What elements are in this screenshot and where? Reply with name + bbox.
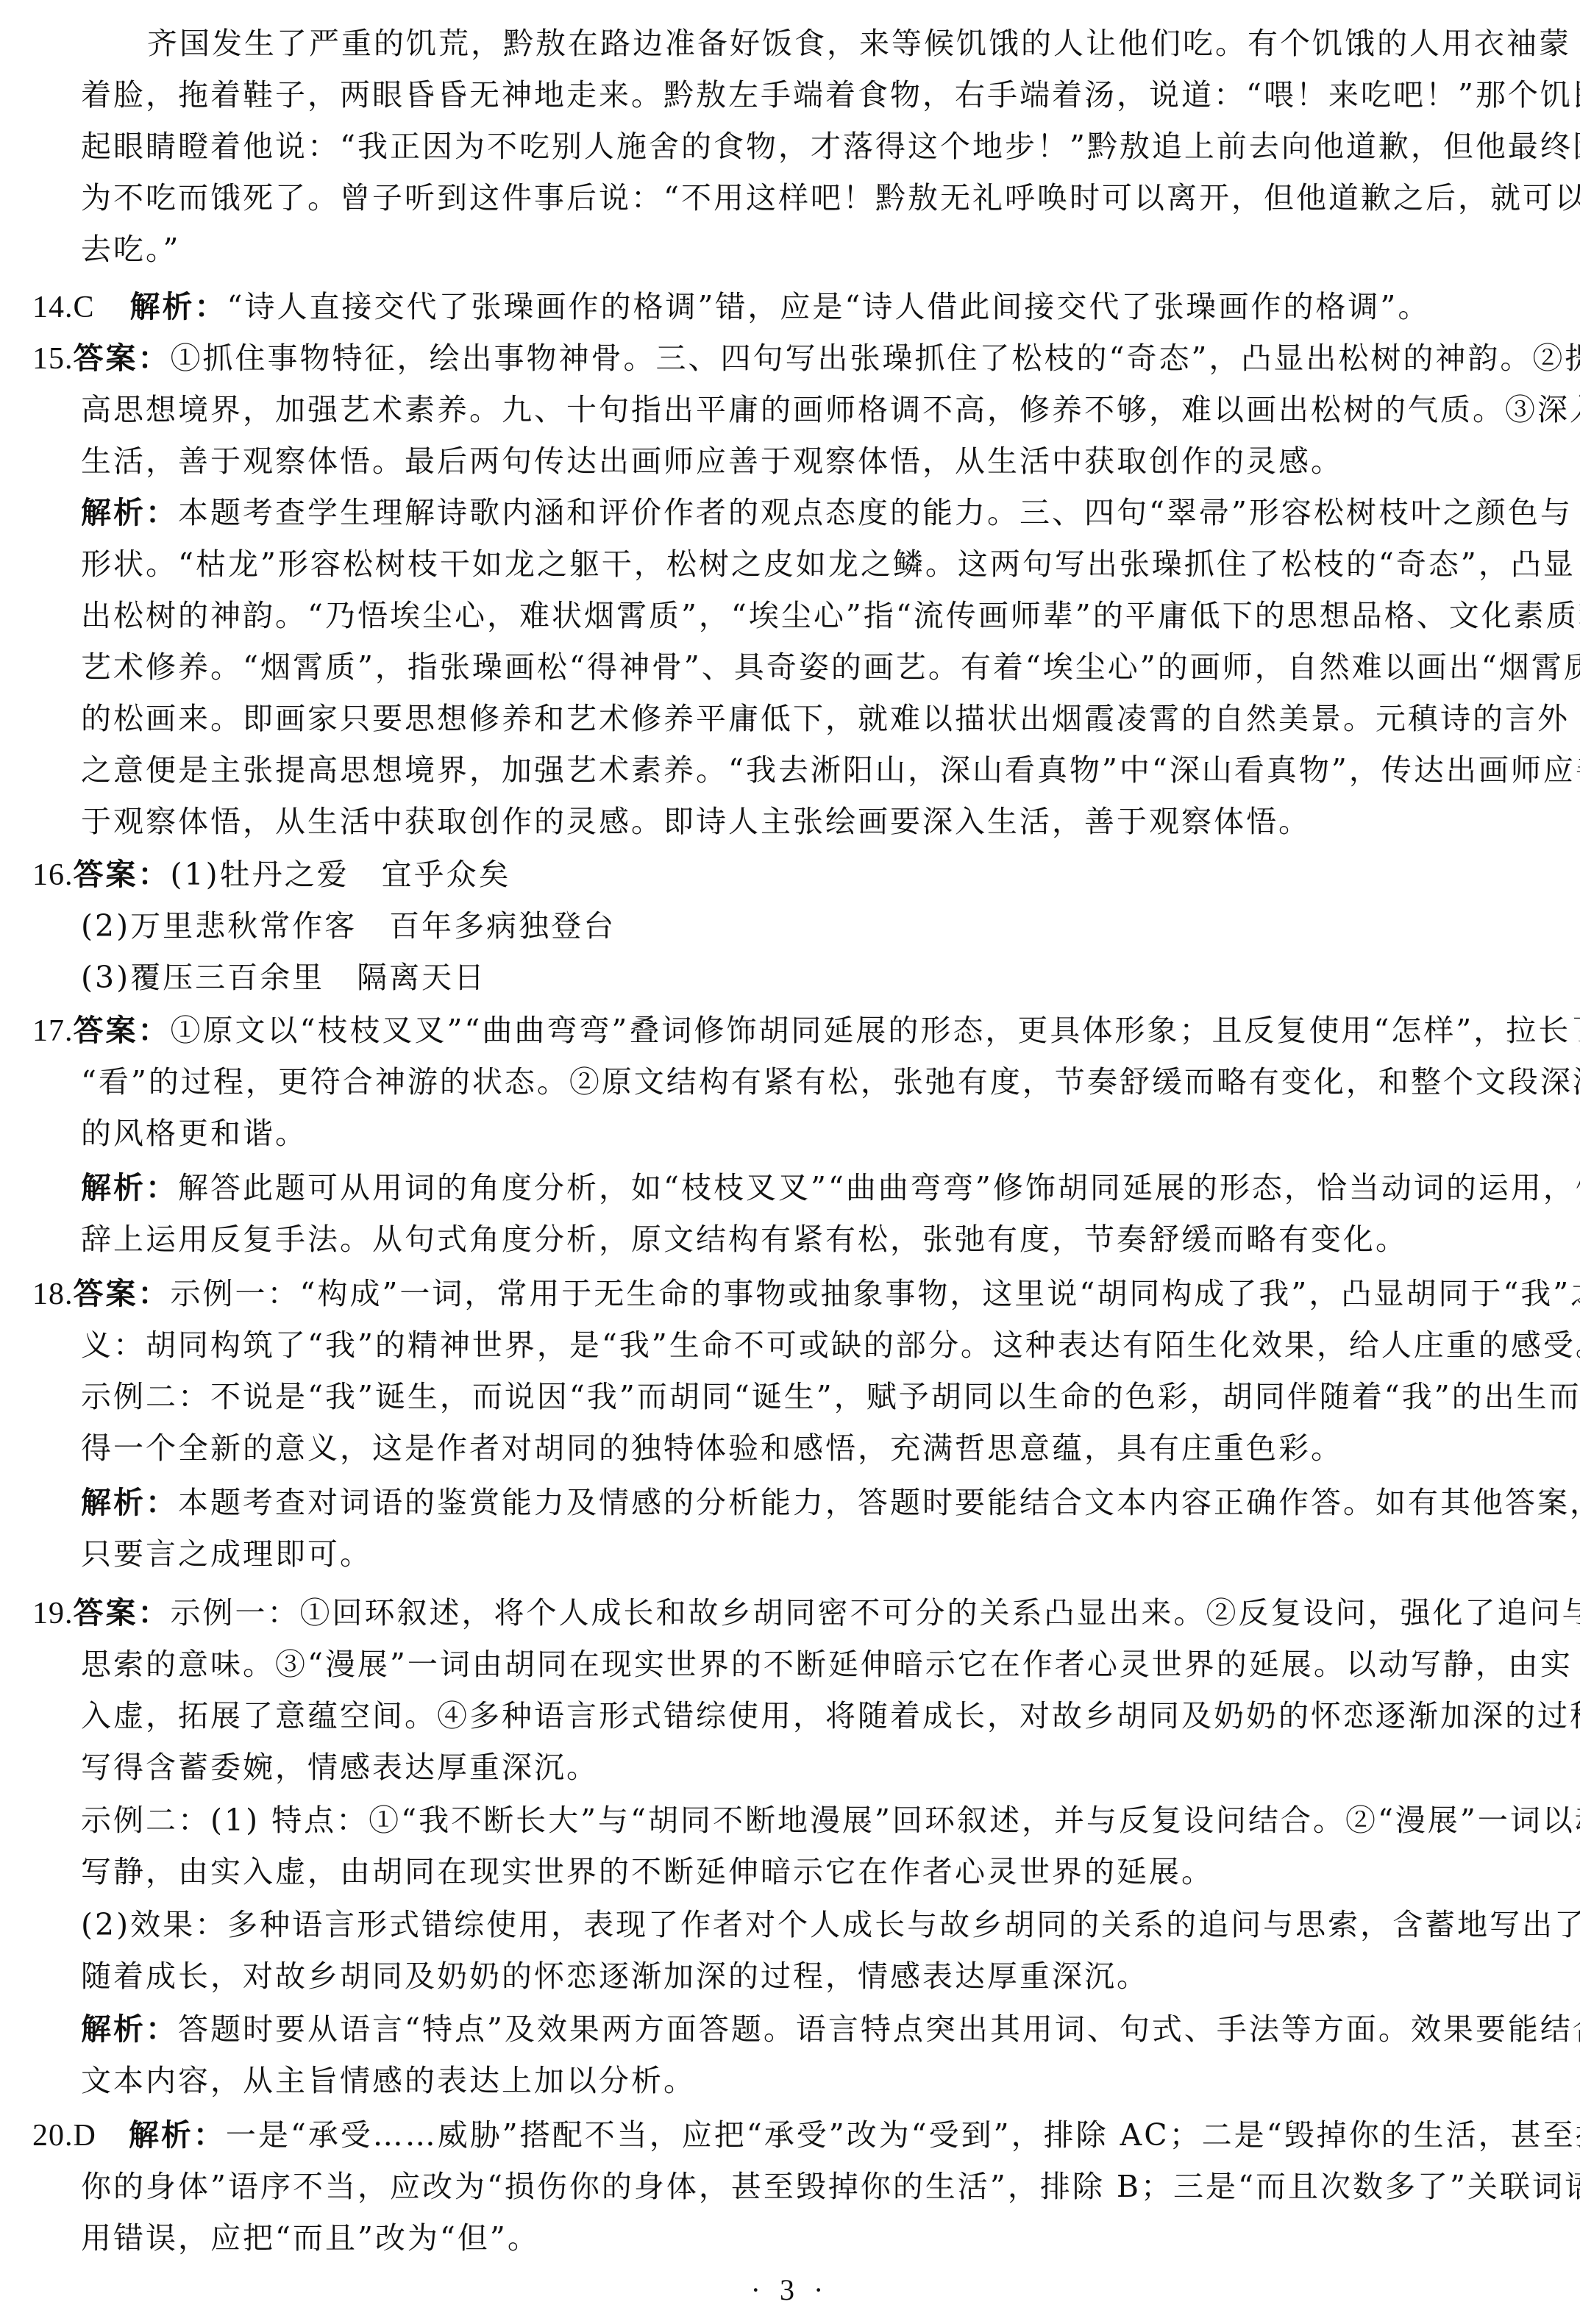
analysis-block: 解析：答题时要从语言“特点”及效果两方面答题。语言特点突出其用词、句式、手法等方…: [81, 2011, 1580, 2047]
answer-item: (2)万里悲秋常作客 百年多病独登台: [81, 908, 616, 944]
answer-text: 示例一：①回环叙述，将个人成长和故乡胡同密不可分的关系凸显出来。②反复设问，强化…: [171, 1595, 1580, 1630]
document-page: 齐国发生了严重的饥荒，黔敖在路边准备好饭食，来等候饥饿的人让他们吃。有个饥饿的人…: [0, 0, 1580, 2324]
analysis-block: 解析：解答此题可从用词的角度分析，如“枝枝叉叉”“曲曲弯弯”修饰胡同延展的形态，…: [81, 1169, 1580, 1206]
analysis-label: 解析：: [81, 2011, 178, 2047]
answer-item: (1)牡丹之爱 宜乎众矣: [171, 857, 511, 892]
analysis-text: 用错误，应把“而且”改为“但”。: [81, 2220, 540, 2256]
answer-text: 高思想境界，加强艺术素养。九、十句指出平庸的画师格调不高，修养不够，难以画出松树…: [81, 391, 1580, 428]
analysis-text: 答题时要从语言“特点”及效果两方面答题。语言特点突出其用词、句式、手法等方面。效…: [178, 2011, 1580, 2047]
translation-line: 为不吃而饿死了。曾子听到这件事后说：“不用这样吧！黔敖无礼呼唤时可以离开，但他道…: [81, 179, 1580, 216]
answer-text: 生活，善于观察体悟。最后两句传达出画师应善于观察体悟，从生活中获取创作的灵感。: [81, 443, 1343, 480]
analysis-label: 解析：: [130, 289, 227, 324]
analysis-text: 本题考查对词语的鉴赏能力及情感的分析能力，答题时要能结合文本内容正确作答。如有其…: [178, 1485, 1580, 1520]
question-number: 17.: [32, 1014, 74, 1048]
translation-line: 起眼睛瞪着他说：“我正因为不吃别人施舍的食物，才落得这个地步！”黔敖追上前去向他…: [81, 128, 1580, 165]
answer-text: 随着成长，对故乡胡同及奶奶的怀恋逐渐加深的过程，情感表达厚重深沉。: [81, 1958, 1149, 1995]
answer-label: 答案：: [74, 857, 171, 892]
question-number: 19.: [32, 1597, 74, 1630]
answer-label: 答案：: [74, 341, 171, 376]
answer-text: 示例二：(1) 特点：①“我不断长大”与“胡同不断地漫展”回环叙述，并与反复设问…: [81, 1802, 1580, 1839]
answer-text: ①抓住事物特征，绘出事物神骨。三、四句写出张璪抓住了松枝的“奇态”，凸显出松树的…: [171, 341, 1580, 376]
analysis-text: 一是“承受……威胁”搭配不当，应把“承受”改为“受到”，排除 AC；二是“毁掉你…: [226, 2117, 1580, 2153]
analysis-text: 你的身体”语序不当，应改为“损伤你的身体，甚至毁掉你的生活”，排除 B；三是“而…: [81, 2168, 1580, 2205]
analysis-text: 辞上运用反复手法。从句式角度分析，原文结构有紧有松，张弛有度，节奏舒缓而略有变化…: [81, 1221, 1408, 1258]
analysis-text: 之意便是主张提高思想境界，加强艺术素养。“我去淅阳山，深山看真物”中“深山看真物…: [81, 752, 1580, 788]
answer-text: 写得含蓄委婉，情感表达厚重深沉。: [81, 1749, 599, 1786]
translation-line: 去吃。”: [81, 231, 180, 268]
answer-label: 答案：: [74, 1595, 171, 1630]
question-14: 14.C解析：“诗人直接交代了张璪画作的格调”错，应是“诗人借此间接交代了张璪画…: [32, 288, 1430, 326]
question-number: 18.: [32, 1277, 74, 1311]
answer-text: 义：胡同构筑了“我”的精神世界，是“我”生命不可或缺的部分。这种表达有陌生化效果…: [81, 1327, 1580, 1364]
page-number: · 3 ·: [0, 2273, 1580, 2307]
question-16: 16.答案：(1)牡丹之爱 宜乎众矣: [32, 856, 511, 894]
analysis-text: 出松树的神韵。“乃悟埃尘心，难状烟霄质”，“埃尘心”指“流传画师辈”的平庸低下的…: [81, 597, 1580, 634]
answer-text: 的风格更和谐。: [81, 1115, 307, 1152]
answer-label: 答案：: [74, 1013, 171, 1048]
analysis-text: “诗人直接交代了张璪画作的格调”错，应是“诗人借此间接交代了张璪画作的格调”。: [227, 289, 1431, 324]
question-19: 19.答案：示例一：①回环叙述，将个人成长和故乡胡同密不可分的关系凸显出来。②反…: [32, 1594, 1580, 1632]
translation-line: 齐国发生了严重的饥荒，黔敖在路边准备好饭食，来等候饥饿的人让他们吃。有个饥饿的人…: [147, 25, 1571, 62]
analysis-text: 解答此题可从用词的角度分析，如“枝枝叉叉”“曲曲弯弯”修饰胡同延展的形态，恰当动…: [178, 1170, 1580, 1205]
answer-text: 得一个全新的意义，这是作者对胡同的独特体验和感悟，充满哲思意蕴，具有庄重色彩。: [81, 1430, 1343, 1466]
answer-item: (3)覆压三百余里 隔离天日: [81, 959, 486, 996]
answer-text: 思索的意味。③“漫展”一词由胡同在现实世界的不断延伸暗示它在作者心灵世界的延展。…: [81, 1646, 1573, 1683]
analysis-text: 本题考查学生理解诗歌内涵和评价作者的观点态度的能力。三、四句“翠帚”形容松树枝叶…: [178, 495, 1573, 530]
answer-text: 写静，由实入虚，由胡同在现实世界的不断延伸暗示它在作者心灵世界的延展。: [81, 1853, 1214, 1890]
question-number: 15.: [32, 342, 74, 376]
answer-text: “看”的过程，更符合神游的状态。②原文结构有紧有松，张弛有度，节奏舒缓而略有变化…: [81, 1063, 1580, 1100]
question-18: 18.答案：示例一：“构成”一词，常用于无生命的事物或抽象事物，这里说“胡同构成…: [32, 1275, 1580, 1313]
analysis-text: 的松画来。即画家只要思想修养和艺术修养平庸低下，就难以描状出烟霞凌霄的自然美景。…: [81, 700, 1570, 737]
analysis-block: 解析：本题考查对词语的鉴赏能力及情感的分析能力，答题时要能结合文本内容正确作答。…: [81, 1484, 1580, 1521]
analysis-label: 解析：: [129, 2117, 226, 2153]
translation-line: 着脸，拖着鞋子，两眼昏昏无神地走来。黔敖左手端着食物，右手端着汤，说道：“喂！来…: [81, 76, 1580, 113]
analysis-text: 形状。“枯龙”形容松树枝干如龙之躯干，松树之皮如龙之鳞。这两句写出张璪抓住了松枝…: [81, 546, 1576, 582]
question-number: 14.C: [32, 290, 95, 324]
analysis-label: 解析：: [81, 1170, 178, 1205]
analysis-text: 于观察体悟，从生活中获取创作的灵感。即诗人主张绘画要深入生活，善于观察体悟。: [81, 803, 1311, 840]
analysis-text: 艺术修养。“烟霄质”，指张璪画松“得神骨”、具奇姿的画艺。有着“埃尘心”的画师，…: [81, 649, 1580, 685]
analysis-label: 解析：: [81, 1485, 178, 1520]
analysis-block: 解析：本题考查学生理解诗歌内涵和评价作者的观点态度的能力。三、四句“翠帚”形容松…: [81, 494, 1573, 531]
answer-text: ①原文以“枝枝叉叉”“曲曲弯弯”叠词修饰胡同延展的形态，更具体形象；且反复使用“…: [171, 1013, 1580, 1048]
question-17: 17.答案：①原文以“枝枝叉叉”“曲曲弯弯”叠词修饰胡同延展的形态，更具体形象；…: [32, 1012, 1580, 1049]
answer-text: 示例一：“构成”一词，常用于无生命的事物或抽象事物，这里说“胡同构成了我”，凸显…: [171, 1276, 1580, 1311]
question-number: 16.: [32, 858, 74, 892]
answer-text: 入虚，拓展了意蕴空间。④多种语言形式错综使用，将随着成长，对故乡胡同及奶奶的怀恋…: [81, 1697, 1580, 1734]
analysis-text: 文本内容，从主旨情感的表达上加以分析。: [81, 2062, 696, 2099]
question-15: 15.答案：①抓住事物特征，绘出事物神骨。三、四句写出张璪抓住了松枝的“奇态”，…: [32, 340, 1580, 377]
answer-text: 示例二：不说是“我”诞生，而说因“我”而胡同“诞生”，赋予胡同以生命的色彩，胡同…: [81, 1378, 1580, 1415]
question-20: 20.D解析：一是“承受……威胁”搭配不当，应把“承受”改为“受到”，排除 AC…: [32, 2117, 1580, 2154]
analysis-label: 解析：: [81, 495, 178, 530]
question-number: 20.D: [32, 2119, 96, 2153]
answer-label: 答案：: [74, 1276, 171, 1311]
answer-text: (2)效果：多种语言形式错综使用，表现了作者对个人成长与故乡胡同的关系的追问与思…: [81, 1906, 1580, 1943]
analysis-text: 只要言之成理即可。: [81, 1536, 372, 1572]
